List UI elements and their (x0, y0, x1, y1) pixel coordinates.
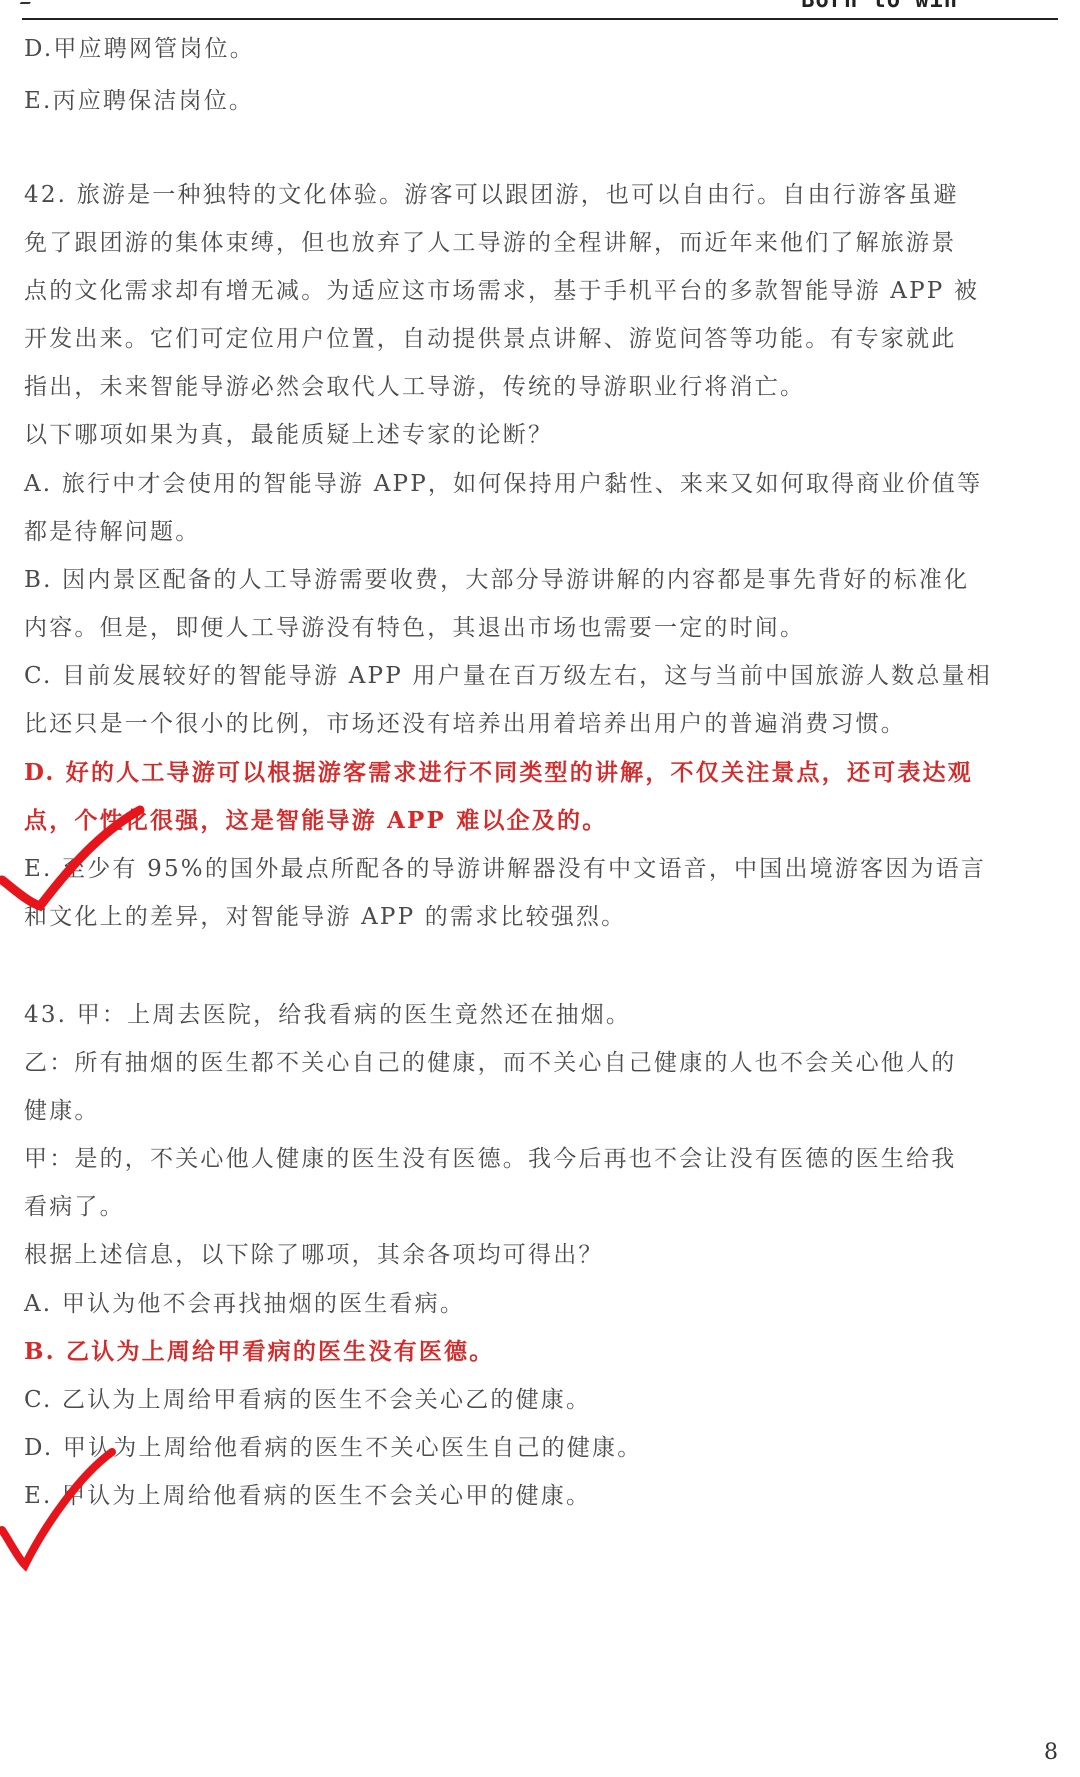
q42-stem-line: 指出，未来智能导游必然会取代人工导游，传统的导游职业行将消亡。 (24, 372, 1064, 402)
q42-stem-line: 42. 旅游是一种独特的文化体验。游客可以跟团游，也可以自由行。自由行游客虽避 (24, 180, 1064, 210)
q42-option-b: B. 因内景区配备的人工导游需要收费，大部分导游讲解的内容都是事先背好的标准化 (24, 565, 1064, 595)
q43-question: 根据上述信息，以下除了哪项，其余各项均可得出？ (24, 1240, 1064, 1270)
q43-stem-line: 甲：是的，不关心他人健康的医生没有医德。我今后再也不会让没有医德的医生给我 (24, 1144, 1064, 1174)
q42-stem-line: 点的文化需求却有增无减。为适应这市场需求，基于手机平台的多款智能导游 APP 被 (24, 276, 1064, 306)
q42-option-e-cont: 和文化上的差异，对智能导游 APP 的需求比较强烈。 (24, 902, 1064, 932)
q43-option-e: E. 甲认为上周给他看病的医生不会关心甲的健康。 (24, 1481, 1064, 1511)
prev-option-d: D.甲应聘网管岗位。 (24, 34, 1064, 64)
q43-option-a: A. 甲认为他不会再找抽烟的医生看病。 (24, 1289, 1064, 1319)
q42-option-e: E. 至少有 95%的国外最点所配各的导游讲解器没有中文语音，中国出境游客因为语… (24, 854, 1064, 884)
prev-option-e: E.丙应聘保洁岗位。 (24, 86, 1064, 116)
page-header: Born to win (0, 0, 1080, 22)
option-label: E. (24, 88, 53, 114)
q43-option-d: D. 甲认为上周给他看病的医生不关心医生自己的健康。 (24, 1433, 1064, 1463)
q43-stem-line: 43. 甲：上周去医院，给我看病的医生竟然还在抽烟。 (24, 1000, 1064, 1030)
option-text: 甲应聘网管岗位。 (53, 36, 255, 62)
q43-option-b-correct: B. 乙认为上周给甲看病的医生没有医德。 (24, 1337, 1064, 1367)
q42-stem-line: 免了跟团游的集体束缚，但也放弃了人工导游的全程讲解，而近年来他们了解旅游景 (24, 228, 1064, 258)
q42-option-a-cont: 都是待解问题。 (24, 517, 1064, 547)
q43-stem-line: 健康。 (24, 1096, 1064, 1126)
q42-stem-line: 开发出来。它们可定位用户位置，自动提供景点讲解、游览问答等功能。有专家就此 (24, 324, 1064, 354)
q42-question: 以下哪项如果为真，最能质疑上述专家的论断？ (24, 420, 1064, 450)
header-tagline: Born to win (801, 0, 958, 13)
q43-stem-line: 乙：所有抽烟的医生都不关心自己的健康，而不关心自己健康的人也不会关心他人的 (24, 1048, 1064, 1078)
q42-option-a: A. 旅行中才会使用的智能导游 APP，如何保持用户黏性、来来又如何取得商业价值… (24, 469, 1064, 499)
option-text: 丙应聘保洁岗位。 (53, 88, 255, 114)
q42-option-d-correct: D. 好的人工导游可以根据游客需求进行不同类型的讲解，不仅关注景点，还可表达观 (24, 758, 1064, 788)
checkmark-icon (0, 780, 160, 920)
option-label: D. (24, 36, 53, 62)
q42-option-d-correct-cont: 点，个性化很强，这是智能导游 APP 难以企及的。 (24, 806, 1064, 836)
header-mark (20, 0, 35, 4)
header-rule (22, 18, 1058, 20)
q43-stem-line: 看病了。 (24, 1192, 1064, 1222)
q43-option-c: C. 乙认为上周给甲看病的医生不会关心乙的健康。 (24, 1385, 1064, 1415)
page-number: 8 (1044, 1740, 1058, 1765)
q42-option-c-cont: 比还只是一个很小的比例，市场还没有培养出用着培养出用户的普遍消费习惯。 (24, 709, 1064, 739)
q42-option-c: C. 目前发展较好的智能导游 APP 用户量在百万级左右，这与当前中国旅游人数总… (24, 661, 1064, 691)
q42-option-b-cont: 内容。但是，即便人工导游没有特色，其退出市场也需要一定的时间。 (24, 613, 1064, 643)
